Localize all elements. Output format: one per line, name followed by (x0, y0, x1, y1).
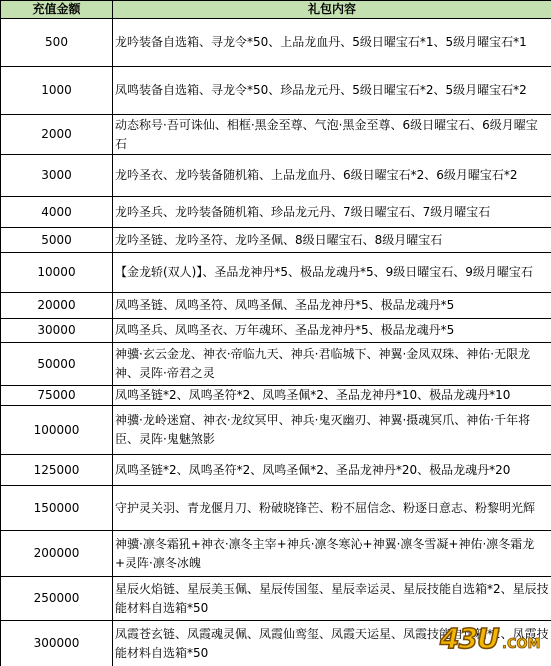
content-cell: 凤鸣圣兵、凤鸣圣衣、万年魂环、圣品龙神丹*5、极品龙魂丹*5 (113, 319, 551, 343)
amount-cell: 100000 (1, 406, 113, 455)
table-row: 1000凤鸣装备自选箱、寻龙令*50、珍品龙元丹、5级日曜宝石*2、5级月曜宝石… (1, 67, 551, 115)
content-cell: 龙吟圣衣、龙吟装备随机箱、上品龙血丹、6级日曜宝石*2、6级月曜宝石*2 (113, 155, 551, 197)
table-row: 100000神骥·龙岭迷窟、神衣·龙纹冥甲、神兵·鬼灭幽刃、神翼·摄魂冥爪、神佑… (1, 406, 551, 455)
content-cell: 凤鸣圣链、凤鸣圣符、凤鸣圣佩、圣品龙神丹*5、极品龙魂丹*5 (113, 293, 551, 319)
amount-cell: 50000 (1, 343, 113, 386)
amount-cell: 150000 (1, 486, 113, 531)
table-row: 10000【金龙轿(双人)】、圣品龙神丹*5、极品龙魂丹*5、9级日曜宝石、9级… (1, 253, 551, 293)
amount-cell: 250000 (1, 577, 113, 621)
content-cell: 动态称号·吾可诛仙、相框·黑金至尊、气泡·黑金至尊、6级日曜宝石、6级月曜宝石 (113, 115, 551, 155)
content-cell: 守护灵关羽、青龙偃月刀、粉破晓锋芒、粉不屈信念、粉逐日意志、粉黎明光辉 (113, 486, 551, 531)
content-cell: 龙吟装备自选箱、寻龙令*50、上品龙血丹、5级日曜宝石*1、5级月曜宝石*1 (113, 19, 551, 67)
amount-cell: 20000 (1, 293, 113, 319)
amount-cell: 500 (1, 19, 113, 67)
amount-cell: 1000 (1, 67, 113, 115)
table-row: 20000凤鸣圣链、凤鸣圣符、凤鸣圣佩、圣品龙神丹*5、极品龙魂丹*5 (1, 293, 551, 319)
amount-cell: 3000 (1, 155, 113, 197)
amount-cell: 300000 (1, 621, 113, 666)
table-row: 30000凤鸣圣兵、凤鸣圣衣、万年魂环、圣品龙神丹*5、极品龙魂丹*5 (1, 319, 551, 343)
content-cell: 【金龙轿(双人)】、圣品龙神丹*5、极品龙魂丹*5、9级日曜宝石、9级月曜宝石 (113, 253, 551, 293)
table-row: 200000神骥·凛冬霜犼+神衣·凛冬主宰+神兵·凛冬寒沁+神翼·凛冬雪凝+神佑… (1, 531, 551, 577)
content-cell: 凤鸣装备自选箱、寻龙令*50、珍品龙元丹、5级日曜宝石*2、5级月曜宝石*2 (113, 67, 551, 115)
content-cell: 神骥·凛冬霜犼+神衣·凛冬主宰+神兵·凛冬寒沁+神翼·凛冬雪凝+神佑·凛冬霜龙+… (113, 531, 551, 577)
header-package-content: 礼包内容 (113, 1, 551, 19)
header-recharge-amount: 充值金额 (1, 1, 113, 19)
amount-cell: 10000 (1, 253, 113, 293)
content-cell: 凤鸣圣链*2、凤鸣圣符*2、凤鸣圣佩*2、圣品龙神丹*10、极品龙魂丹*10 (113, 386, 551, 406)
table-row: 300000凤霞苍玄链、凤霞魂灵佩、凤霞仙鸾玺、凤霞天运星、凤霞技能自选箱*2、… (1, 621, 551, 666)
gift-package-table: 充值金额 礼包内容 500龙吟装备自选箱、寻龙令*50、上品龙血丹、5级日曜宝石… (0, 0, 551, 666)
amount-cell: 4000 (1, 197, 113, 228)
table-row: 125000凤鸣圣链*2、凤鸣圣符*2、凤鸣圣佩*2、圣品龙神丹*20、极品龙魂… (1, 455, 551, 486)
amount-cell: 5000 (1, 228, 113, 253)
table-row: 75000凤鸣圣链*2、凤鸣圣符*2、凤鸣圣佩*2、圣品龙神丹*10、极品龙魂丹… (1, 386, 551, 406)
amount-cell: 75000 (1, 386, 113, 406)
amount-cell: 30000 (1, 319, 113, 343)
table-row: 250000星辰火焰链、星辰美玉佩、星辰传国玺、星辰幸运灵、星辰技能自选箱*2、… (1, 577, 551, 621)
amount-cell: 200000 (1, 531, 113, 577)
content-cell: 神骥·玄云金龙、神衣·帝临九天、神兵·君临城下、神翼·金凤双珠、神佑·无限龙神、… (113, 343, 551, 386)
content-cell: 星辰火焰链、星辰美玉佩、星辰传国玺、星辰幸运灵、星辰技能自选箱*2、星辰技能材料… (113, 577, 551, 621)
content-cell: 凤鸣圣链*2、凤鸣圣符*2、凤鸣圣佩*2、圣品龙神丹*20、极品龙魂丹*20 (113, 455, 551, 486)
content-cell: 龙吟圣兵、龙吟装备随机箱、珍品龙元丹、7级日曜宝石、7级月曜宝石 (113, 197, 551, 228)
content-cell: 龙吟圣链、龙吟圣符、龙吟圣佩、8级日曜宝石、8级月曜宝石 (113, 228, 551, 253)
table-row: 500龙吟装备自选箱、寻龙令*50、上品龙血丹、5级日曜宝石*1、5级月曜宝石*… (1, 19, 551, 67)
content-cell: 凤霞苍玄链、凤霞魂灵佩、凤霞仙鸾玺、凤霞天运星、凤霞技能自选箱*2、凤霞技能材料… (113, 621, 551, 666)
table-row: 3000龙吟圣衣、龙吟装备随机箱、上品龙血丹、6级日曜宝石*2、6级月曜宝石*2 (1, 155, 551, 197)
table-row: 50000神骥·玄云金龙、神衣·帝临九天、神兵·君临城下、神翼·金凤双珠、神佑·… (1, 343, 551, 386)
table-row: 150000守护灵关羽、青龙偃月刀、粉破晓锋芒、粉不屈信念、粉逐日意志、粉黎明光… (1, 486, 551, 531)
content-cell: 神骥·龙岭迷窟、神衣·龙纹冥甲、神兵·鬼灭幽刃、神翼·摄魂冥爪、神佑·千年将臣、… (113, 406, 551, 455)
amount-cell: 125000 (1, 455, 113, 486)
table-row: 5000龙吟圣链、龙吟圣符、龙吟圣佩、8级日曜宝石、8级月曜宝石 (1, 228, 551, 253)
amount-cell: 2000 (1, 115, 113, 155)
table-header-row: 充值金额 礼包内容 (1, 1, 551, 19)
table-row: 4000龙吟圣兵、龙吟装备随机箱、珍品龙元丹、7级日曜宝石、7级月曜宝石 (1, 197, 551, 228)
table-row: 2000动态称号·吾可诛仙、相框·黑金至尊、气泡·黑金至尊、6级日曜宝石、6级月… (1, 115, 551, 155)
